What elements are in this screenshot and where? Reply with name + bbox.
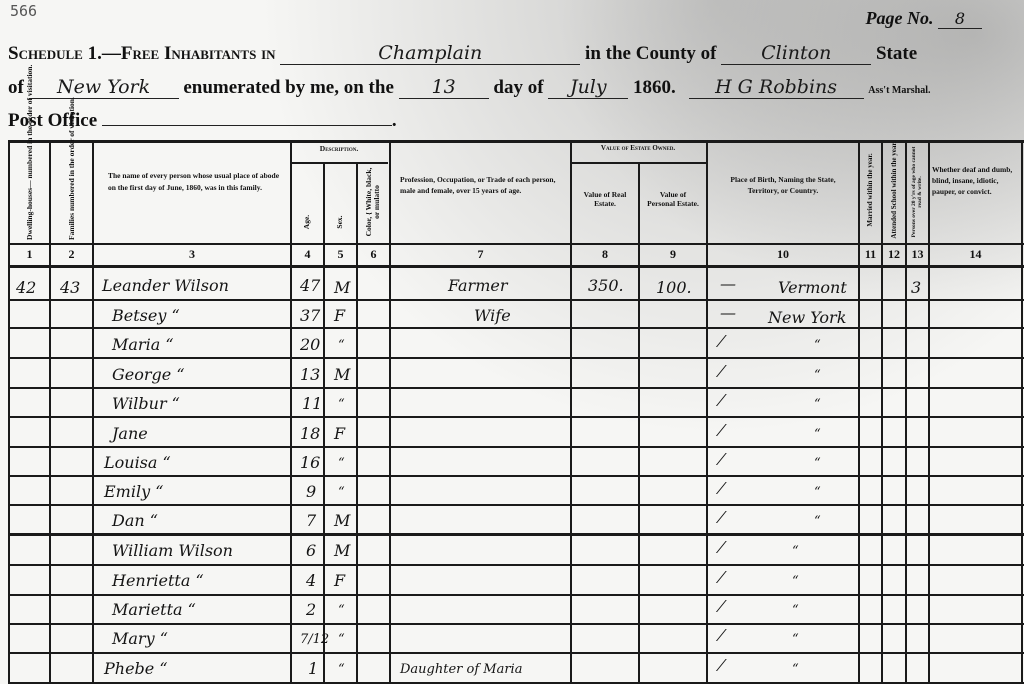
col-number: 14 [930, 247, 1021, 262]
birthplace-dash: ⁄ [720, 538, 723, 557]
row-rule [8, 327, 1024, 329]
state-field: New York [29, 76, 179, 99]
person-name: Maria “ [112, 335, 174, 354]
col-divider [290, 140, 292, 684]
colnum-bottom-rule [8, 265, 1024, 268]
age: 47 [300, 276, 320, 295]
birthplace-dash: ⁄ [720, 332, 723, 351]
birthplace: “ [814, 338, 821, 353]
col-divider [92, 140, 94, 684]
sex: “ [338, 456, 345, 471]
row-rule [8, 652, 1024, 654]
col-number: 6 [358, 247, 389, 262]
sex: M [334, 541, 350, 560]
sex: M [334, 278, 350, 297]
birthplace-dash: ⁄ [720, 362, 723, 381]
personal-estate-value: 100. [656, 278, 692, 297]
birthplace: “ [814, 368, 821, 383]
col-number: 4 [292, 247, 323, 262]
col-divider [8, 140, 10, 684]
birthplace-dash: ⁄ [720, 568, 723, 587]
occupation: Daughter of Maria [400, 662, 522, 677]
year-value: 1860. [633, 77, 676, 98]
heading-line-2: of New York enumerated by me, on the 13 … [8, 76, 931, 99]
row-rule [8, 623, 1024, 625]
col-divider [858, 140, 860, 684]
col10-header: Place of Birth, Naming the State, Territ… [714, 174, 852, 196]
col-number: 13 [907, 247, 928, 262]
person-name: Marietta “ [112, 600, 196, 619]
col5-header: Sex. [336, 202, 344, 242]
sex: “ [338, 632, 345, 647]
birthplace: “ [814, 397, 821, 412]
col-number: 7 [391, 247, 570, 262]
row-rule [8, 357, 1024, 359]
census-page: 566 Page No. 8 Schedule 1.—Free Inhabita… [0, 0, 1024, 684]
birthplace: “ [792, 662, 799, 677]
age: 1 [308, 659, 318, 678]
col7-header: Profession, Occupation, or Trade of each… [400, 174, 568, 196]
sex: “ [338, 338, 345, 353]
birthplace: Vermont [778, 278, 847, 297]
col-number: 1 [10, 247, 49, 262]
birthplace-dash: ⁄ [720, 391, 723, 410]
birthplace-dash: — [720, 303, 736, 322]
marshal-name-field: H G Robbins [689, 76, 864, 99]
col-divider [1021, 140, 1023, 684]
birthplace: “ [792, 632, 799, 647]
person-name: Wilbur “ [112, 394, 180, 413]
day-field: 13 [399, 76, 489, 99]
sex: “ [338, 397, 345, 412]
birthplace-dash: — [720, 274, 736, 293]
col-number: 5 [325, 247, 356, 262]
sex: “ [338, 603, 345, 618]
of-label: of [8, 77, 24, 98]
month-field: July [548, 76, 628, 99]
age: 18 [300, 424, 320, 443]
birthplace: “ [792, 544, 799, 559]
state-label: State [876, 43, 917, 64]
col-number: 12 [883, 247, 905, 262]
birthplace-dash: ⁄ [720, 597, 723, 616]
age: 9 [306, 482, 316, 501]
col-number: 10 [708, 247, 858, 262]
col-divider [570, 140, 572, 684]
col-number: 2 [51, 247, 92, 262]
col4-header: Age. [303, 202, 311, 242]
sex: “ [338, 662, 345, 677]
col3-header: The name of every person whose usual pla… [104, 170, 288, 194]
page-number-label: Page No. [866, 8, 934, 28]
birthplace: “ [814, 456, 821, 471]
page-stamp: 566 [10, 2, 37, 20]
birthplace-dash: ⁄ [720, 656, 723, 675]
day-of-label: day of [493, 77, 543, 98]
col-divider [928, 140, 930, 684]
age: 11 [302, 394, 322, 413]
occupation: Farmer [448, 276, 508, 295]
birthplace: “ [814, 427, 821, 442]
enumerated-label: enumerated by me, on the [183, 77, 394, 98]
sex: F [334, 306, 345, 325]
row-rule [8, 446, 1024, 448]
person-name: Dan “ [112, 511, 158, 530]
page-number-value: 8 [938, 9, 982, 29]
row-rule [8, 475, 1024, 477]
birthplace-dash: ⁄ [720, 626, 723, 645]
birthplace: “ [814, 514, 821, 529]
col-divider [49, 140, 51, 684]
birthplace: “ [792, 574, 799, 589]
sex: F [334, 424, 345, 443]
col8-header: Value of Real Estate. [578, 190, 632, 208]
age: 20 [300, 335, 320, 354]
birthplace-dash: ⁄ [720, 479, 723, 498]
birthplace-dash: ⁄ [720, 508, 723, 527]
row-rule-thick [8, 533, 1024, 536]
col13-header: Persons over 20 y'rs of age who cannot r… [911, 142, 923, 242]
col11-header: Married within the year. [866, 140, 874, 240]
sex: “ [338, 485, 345, 500]
county-label: in the County of [585, 43, 716, 64]
age: 7 [306, 511, 316, 530]
person-name: William Wilson [112, 541, 233, 560]
col12-header: Attended School within the year. [890, 140, 898, 240]
col-divider [323, 162, 325, 684]
col-number: 8 [572, 247, 638, 262]
row-rule [8, 504, 1024, 506]
post-office-field [102, 125, 392, 126]
age: 2 [306, 600, 316, 619]
col14-header: Whether deaf and dumb, blind, insane, id… [932, 164, 1020, 197]
page-number: Page No. 8 [866, 8, 982, 29]
age: 13 [300, 365, 320, 384]
person-name: Emily “ [104, 482, 163, 501]
schedule-label: Schedule 1.—Free Inhabitants in [8, 43, 276, 64]
row-rule [8, 564, 1024, 566]
birthplace: New York [768, 308, 846, 327]
birthplace: “ [792, 603, 799, 618]
estate-group-header: Value of Estate Owned. [570, 144, 706, 152]
person-name: Mary “ [112, 629, 168, 648]
header-bottom-rule [8, 243, 1024, 245]
town-field: Champlain [280, 42, 580, 65]
col-divider [389, 140, 391, 684]
sex: M [334, 365, 350, 384]
col-divider [638, 162, 640, 684]
row-rule [8, 299, 1024, 301]
age: 4 [306, 571, 316, 590]
col9-header: Value of Personal Estate. [646, 190, 700, 208]
age: 16 [300, 453, 320, 472]
county-field: Clinton [721, 42, 871, 65]
col1-header: Dwelling-houses— numbered in the order o… [26, 140, 34, 240]
person-name: Phebe “ [104, 659, 168, 678]
col-number: 3 [94, 247, 290, 262]
description-group-header: Description. [290, 144, 388, 153]
col-number: 11 [860, 247, 881, 262]
age: 6 [306, 541, 316, 560]
col-number: 9 [640, 247, 706, 262]
dwelling-number: 42 [16, 278, 36, 297]
family-number: 43 [60, 278, 80, 297]
row-rule [8, 416, 1024, 418]
marshal-label: Ass't Marshal. [868, 85, 930, 96]
illiterate-count: 3 [911, 278, 921, 297]
col2-header: Families numbered in the order of visita… [68, 140, 76, 240]
person-name: Louisa “ [104, 453, 171, 472]
person-name: Henrietta “ [112, 571, 204, 590]
birthplace-dash: ⁄ [720, 421, 723, 440]
heading-line-1: Schedule 1.—Free Inhabitants in Champlai… [8, 42, 917, 65]
person-name: George “ [112, 365, 185, 384]
col-divider [905, 140, 907, 684]
person-name: Jane [112, 424, 148, 443]
birthplace-dash: ⁄ [720, 450, 723, 469]
post-office-label: Post Office [8, 110, 97, 131]
col-divider [881, 140, 883, 684]
row-rule [8, 387, 1024, 389]
person-name: Betsey “ [112, 306, 180, 325]
birthplace: “ [814, 485, 821, 500]
census-table: Dwelling-houses— numbered in the order o… [8, 140, 1024, 684]
age: 7/12 [300, 632, 329, 647]
sex: M [334, 511, 350, 530]
col-divider [356, 162, 358, 684]
age: 37 [300, 306, 320, 325]
person-name: Leander Wilson [102, 276, 229, 295]
col6-header: Color, { White, black, or mulatto [365, 164, 381, 240]
row-rule [8, 594, 1024, 596]
occupation: Wife [474, 306, 511, 325]
real-estate-value: 350. [588, 276, 624, 295]
sex: F [334, 571, 345, 590]
col-divider [706, 140, 708, 684]
